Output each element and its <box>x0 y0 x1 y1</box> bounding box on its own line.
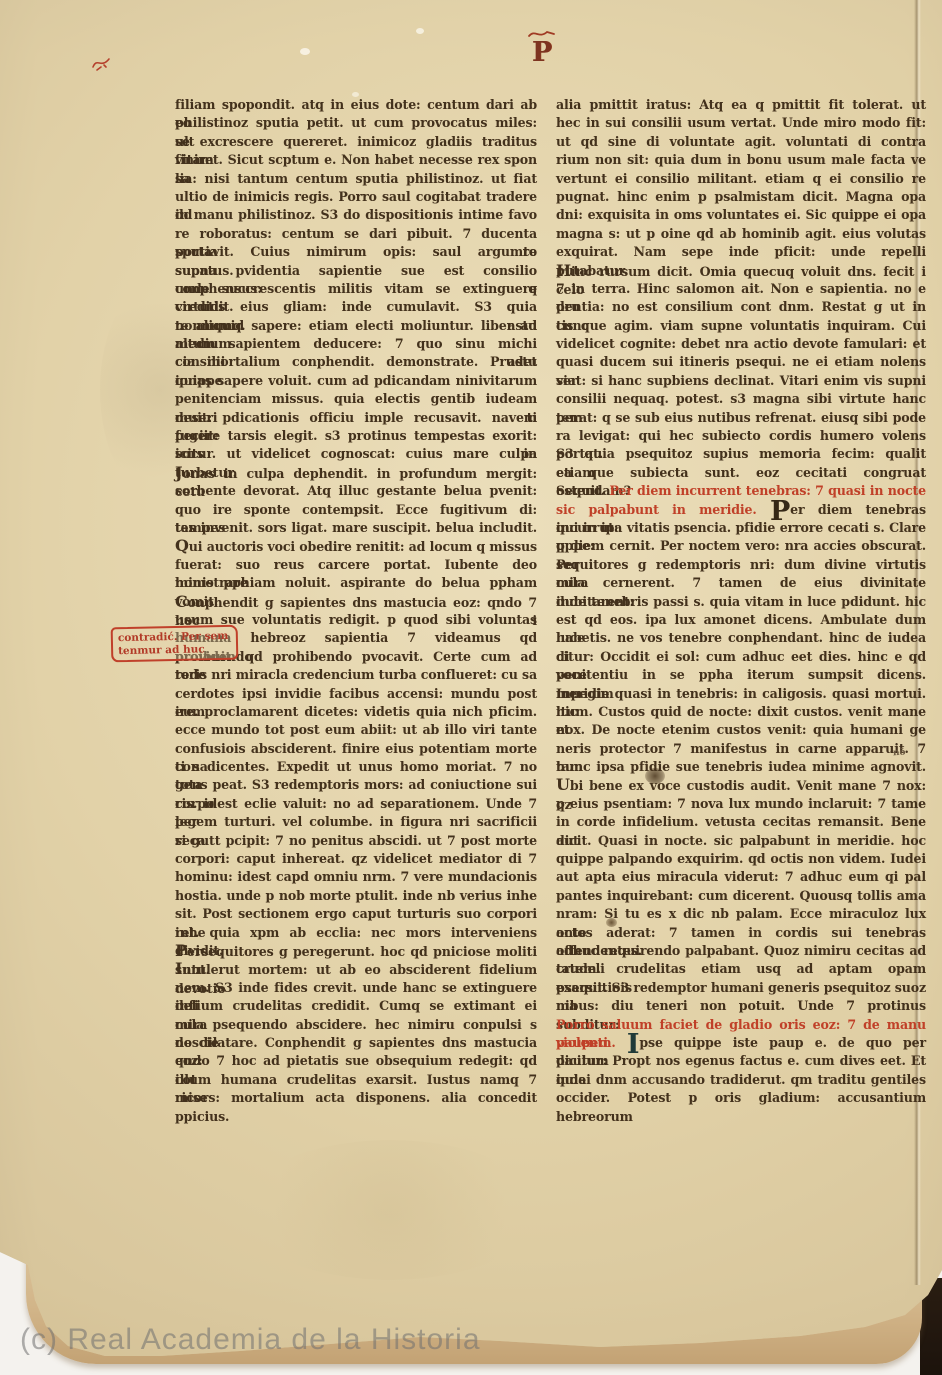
text-line: hunc ipsa pfidie sue tenebris iudea mini… <box>556 758 926 776</box>
rubric-text: sic palpabunt in meridie. <box>556 502 770 517</box>
text-line: pantes inquirebant: cum dicerent. Quousq… <box>556 887 926 905</box>
text-line: do dilatare. Conphendit g sapientes dns … <box>175 1034 537 1052</box>
text-line: meridie quasi in tenebris: in caligosis.… <box>556 685 926 703</box>
text-line: est qd eos. ipa lux amonet dicens. Ambul… <box>556 611 926 629</box>
rubric-text: paupem. <box>556 1035 627 1050</box>
text-line: dni: exquisita in oms voluntates ei. Sic… <box>556 206 926 224</box>
text-line: habetis. ne vos tenebre conphendant. hin… <box>556 629 926 647</box>
text-line: fuerat: suo reus carcere portat. Iubente… <box>175 556 537 574</box>
marginal-note-line: contradić. Per sem <box>118 630 232 645</box>
text-line: exquirat. Nam sepe inde pficit: unde rep… <box>556 243 926 261</box>
text-line: Conphendit g sapientes dns mastucia eoz:… <box>175 593 537 611</box>
text-line: Ubi bene ex voce custodis audit. Venit m… <box>556 776 926 794</box>
text-line: te aliquid sapere: etiam electi moliuntu… <box>175 317 537 335</box>
text-line: ultio de inimicis regis. Porro saul cogi… <box>175 188 537 206</box>
text-line: tatem. crudelitas etiam usq ad aptam opa… <box>556 960 926 978</box>
text-line: ricors: mortalium acta disponens. alia c… <box>175 1089 537 1107</box>
text-line: dicit. Quasi in nocte. sic palpabunt in … <box>556 832 926 850</box>
text-line: p eius psentiam: 7 nova lux mundo inclar… <box>556 795 926 813</box>
text-line: philistinoz sputia petit. ut cum provoca… <box>175 114 537 132</box>
parchment-stain <box>240 1140 540 1280</box>
text-line: muit: pdicationis officiu imple recusavi… <box>175 409 537 427</box>
text-line: ret. quia xpm ab ecclia: nec mors interv… <box>175 924 537 942</box>
left-text-column: filiam spopondit. atq in eius dote: cent… <box>175 96 537 1107</box>
text-line: hec in sui consilii usum vertat. Unde mi… <box>556 114 926 132</box>
text-line: pugnat. hinc enim p psalmistam dicit. Ma… <box>556 188 926 206</box>
text-line: lia: nisi tantum centum sputia philistin… <box>175 170 537 188</box>
text-line: Persequitores g peregerunt. hoc qd pnici… <box>175 942 537 960</box>
text-line: dentia: no est consilium cont dnm. Resta… <box>556 298 926 316</box>
text-line: quo ire sponte contempsit. Ecce fugitivu… <box>175 501 537 519</box>
text-line: se excrescere quereret. inimicoz gladiis… <box>175 133 537 151</box>
text-line: unde succrescentis militis vitam se exti… <box>175 280 537 298</box>
text-line: nram: Si tu es x dic nb palam. Ecce mira… <box>556 905 926 923</box>
text-line: paupem. Ipse quippe iste paup e. de quo … <box>556 1034 926 1052</box>
quire-mark: P <box>524 28 560 66</box>
text-line: neris protector 7 manifestus in carne ap… <box>556 740 926 758</box>
text-line: virtutis eius gliam: inde cumulavit. S3 … <box>175 298 537 316</box>
text-line: altum sapientem deducere: 7 quo sinu mic… <box>175 335 537 353</box>
text-line: ire. proclamarent dicetes: videtis quia … <box>175 703 537 721</box>
text-line: cula psequendo abscidere. hec nimiru con… <box>175 1016 537 1034</box>
text-line: sic palpabunt in meridie. Per diem teneb… <box>556 501 926 519</box>
text-line: ecce mundo tot post eum abiit: ut ab ill… <box>175 721 537 739</box>
text-line: rium non sit: quia dum in bonu usum male… <box>556 151 926 169</box>
margin-gloss: nō <box>893 748 906 759</box>
text-line: alia pmittit iratus: Atq ea q pmittit fi… <box>556 96 926 114</box>
white-fleck <box>300 48 310 55</box>
text-line: in corde infidelium. vetusta cecitas rem… <box>556 813 926 831</box>
text-line: exarsit. S3 redemptor humani generis pse… <box>556 979 926 997</box>
marginal-note: contradić. Per sem tenmur ad huc <box>111 625 239 663</box>
text-line: quasi ducem sui itineris psequi. ne ei e… <box>556 353 926 371</box>
text-line: portavit. Cuius nimirum opis: saul argum… <box>175 243 537 261</box>
text-line: sorbente devorat. Atq illuc gestante bel… <box>175 482 537 500</box>
text-line: ea que subiecta sunt. eoz cecitati congr… <box>556 464 926 482</box>
text-line: itum. Custos quid de nocte: dixit custos… <box>556 703 926 721</box>
text-line: nox. De nocte etenim custos venit: quia … <box>556 721 926 739</box>
text-line: nibus: diu teneri non potuit. Unde 7 pro… <box>556 997 926 1015</box>
text-line: ut qd sine di voluntate agit. voluntati … <box>556 133 926 151</box>
text-line: sequitores g redemptoris nri: dum divine… <box>556 556 926 574</box>
text-line: consilii nequaq. potest. s3 magna sibi v… <box>556 390 926 408</box>
text-line: qndo 7 hoc ad pietatis sue obsequium red… <box>175 1052 537 1070</box>
text-line: ris. idest eclie valuit: no ad separatio… <box>175 795 537 813</box>
text-line: filiam spopondit. atq in eius dote: cent… <box>175 96 537 114</box>
text-line: finiret. Sicut scptum e. Non habet neces… <box>175 151 537 169</box>
illuminated-initial: Q <box>175 536 189 555</box>
marginal-note-line: tenmur ad huc <box>118 643 232 658</box>
illuminated-initial: C <box>175 592 188 611</box>
text-line: Porro saluum faciet de gladio oris eoz: … <box>556 1016 926 1034</box>
text-line: quippe palpando exquirim. qd octis non v… <box>556 850 926 868</box>
text-line: aut apta eius miracula viderut: 7 adhuc … <box>556 868 926 886</box>
text-line: re roboratus: centum se dari pibuit. 7 d… <box>175 225 537 243</box>
text-line: ionas sapere voluit. cum ad pdicandam ni… <box>175 372 537 390</box>
text-line: 7 in terra. Hinc salomon ait. Non e sapi… <box>556 280 926 298</box>
manuscript-photo: P filiam spopondit. atq in eius dote: ce… <box>0 0 942 1375</box>
text-line: iudei dnm accusando tradiderut. qm tradi… <box>556 1071 926 1089</box>
text-line: cula cernerent. 7 tamen de eius divinita… <box>556 574 926 592</box>
text-line: sit. Post sectionem ergo caput turturis … <box>175 905 537 923</box>
text-line: gens peat. S3 redemptoris mors: ad coniu… <box>175 776 537 794</box>
text-line: vertunt ei consilio militant. etiam q ei… <box>556 170 926 188</box>
illuminated-initial: U <box>556 775 570 794</box>
text-line: cia mortalium conphendit. demonstrate. P… <box>175 353 537 371</box>
text-line: in manu philistinoz. S3 do dispositionis… <box>175 206 537 224</box>
body-text: ui auctoris voci obedire renitit: ad loc… <box>189 539 537 554</box>
white-fleck <box>416 28 424 34</box>
text-line: penitenciam missus. quia electis gentib … <box>175 390 537 408</box>
text-line: hostia. unde p nob morte ptulit. inde nb… <box>175 887 537 905</box>
text-line: tas invenit. sors ligat. mare suscipit. … <box>175 519 537 537</box>
text-line: fugere tarsis elegit. s3 protinus tempes… <box>175 427 537 445</box>
text-line: icitur. ut videlicet cognoscat: cuius ma… <box>175 445 537 463</box>
text-line: delium crudelitas credidit. Cumq se exti… <box>175 997 537 1015</box>
text-line: videlicet cognite: debet nra actio devot… <box>556 335 926 353</box>
text-line: octos aderat: 7 tamen in cordis sui tene… <box>556 924 926 942</box>
text-line: cerdotes ipsi invidie facibus accensi: m… <box>175 685 537 703</box>
text-line: supna pvidentia sapientie sue est consil… <box>175 262 537 280</box>
text-line: Qui auctoris voci obedire renitit: ad lo… <box>175 537 537 555</box>
text-line: legem turturi. vel columbe. in figura nr… <box>175 813 537 831</box>
right-text-column: alia pmittit iratus: Atq ea q pmittit fi… <box>556 96 926 1107</box>
text-line: ti s dicentes. Expedit ut unus homo mori… <box>175 758 537 776</box>
quire-mark-letter: P <box>524 40 560 66</box>
text-line: penitentiu in se ppha iterum sumpsit dic… <box>556 666 926 684</box>
text-line: ra levigat: qui hec subiecto cordis hume… <box>556 427 926 445</box>
illuminated-initial: H <box>556 261 571 280</box>
text-line: corpori: caput inhereat. qz videlicet me… <box>175 850 537 868</box>
text-line: inde tenebris passi s. quia vitam in luc… <box>556 593 926 611</box>
parchment-page: P filiam spopondit. atq in eius dote: ce… <box>0 0 942 1375</box>
text-line: toris nri miracla credencium turba confl… <box>175 666 537 684</box>
text-line: hominu: idest capd omniu nrm. 7 vere mun… <box>175 868 537 886</box>
text-line: confusiois absciderent. finire eius pote… <box>175 740 537 758</box>
text-line: magna s: ut p oine qd ab hominib agit. e… <box>556 225 926 243</box>
text-line: homo pphiam noluit. aspirante do belua p… <box>175 574 537 592</box>
text-line: illum humana crudelitas exarsit. Iustus … <box>175 1071 537 1089</box>
copyright-watermark: (c) Real Academia de la Historia <box>20 1323 481 1357</box>
text-line: adhuc requirendo palpabant. Quoz nimiru … <box>556 942 926 960</box>
text-line: p diem cernit. Per noctem vero: nra acci… <box>556 537 926 555</box>
text-line: ri gutt pcipit: 7 no penitus abscidi. ut… <box>175 832 537 850</box>
text-line: tis que agim. viam supne voluntatis inqu… <box>556 317 926 335</box>
text-line: S3 quia psequitoz supius memoria fecim: … <box>556 445 926 463</box>
text-line: Hinc rursum dicit. Omia quecuq voluit dn… <box>556 262 926 280</box>
red-scribble-mark <box>90 52 118 74</box>
text-line: Intulerut mortem: ut ab eo absciderent f… <box>175 960 537 978</box>
text-line: viat: si hanc supbiens declinat. Vitari … <box>556 372 926 390</box>
rubric-text: Per diem incurrent tenebras: 7 quasi in … <box>609 483 926 498</box>
text-line: nem. S3 inde fides crevit. unde hanc se … <box>175 979 537 997</box>
body-text: Sequit. <box>556 483 609 498</box>
illuminated-initial: P <box>175 941 187 960</box>
text-line: dicitur: Propt nos egenus factus e. cum … <box>556 1052 926 1070</box>
text-line: perat: q se sub eius nutibus refrenat. e… <box>556 409 926 427</box>
text-line: Sequit. Per diem incurrent tenebras: 7 q… <box>556 482 926 500</box>
text-line: citur: Occidit ei sol: cum adhuc eet die… <box>556 648 926 666</box>
text-line: Jonas in culpa dephendit. in profundum m… <box>175 464 537 482</box>
text-line: occider. Potest p oris gladium: accusant… <box>556 1089 926 1107</box>
text-line: qui in ipa vitatis psencia. pfidie error… <box>556 519 926 537</box>
